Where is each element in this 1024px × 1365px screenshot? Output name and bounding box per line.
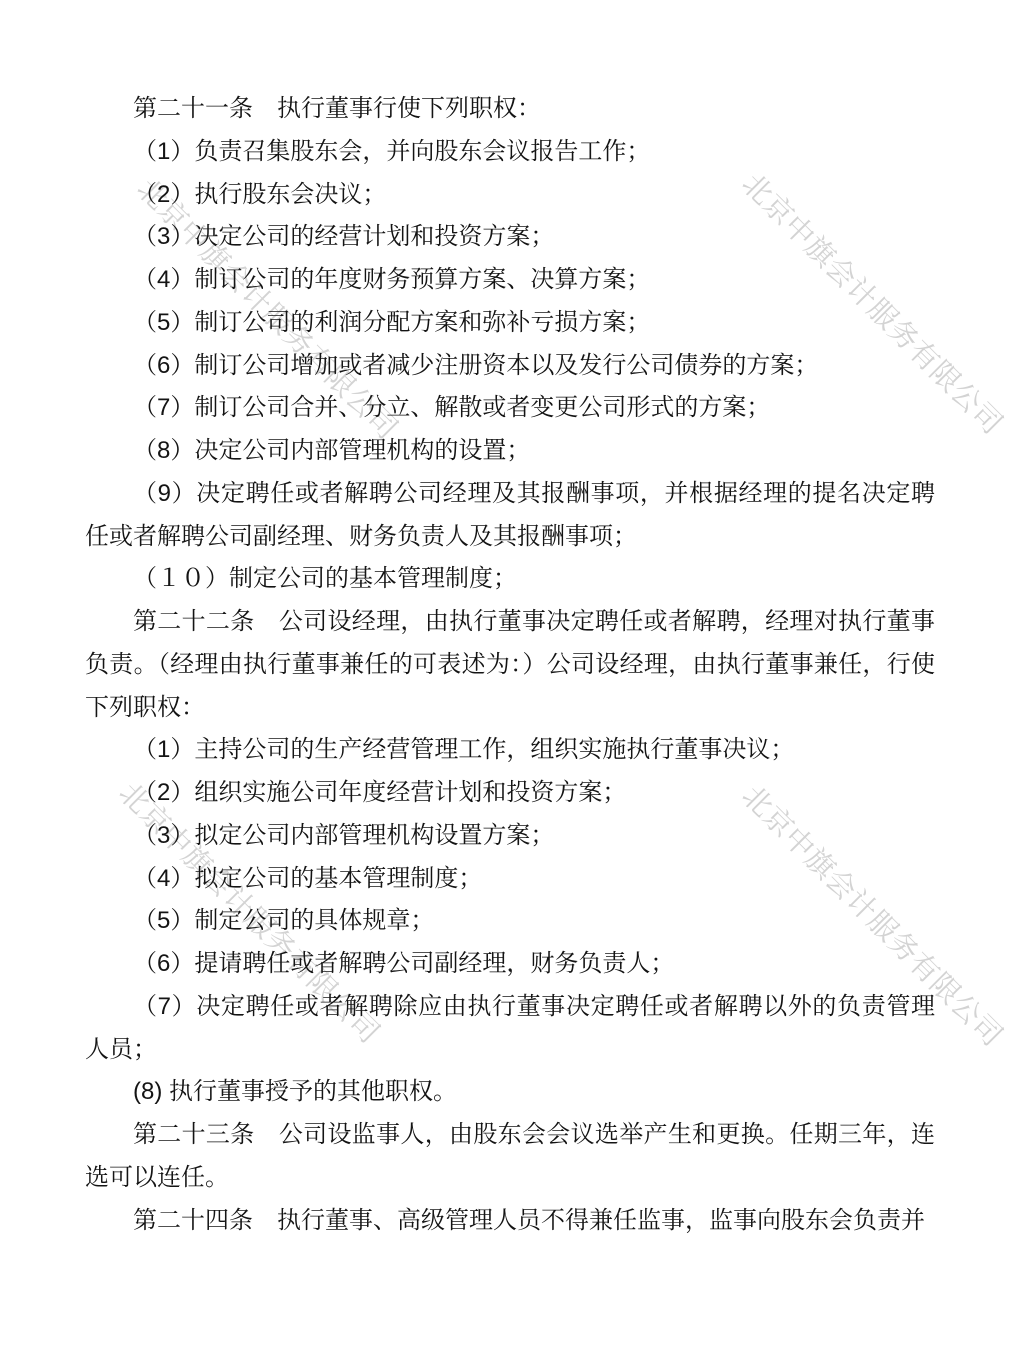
article-22-item-2: （2）组织实施公司年度经营计划和投资方案； — [85, 772, 935, 815]
article-22-item-4: （4）拟定公司的基本管理制度； — [85, 858, 935, 901]
article-21-item-9: （9）决定聘任或者解聘公司经理及其报酬事项，并根据经理的提名决定聘任或者解聘公司… — [85, 473, 935, 559]
article-24-paragraph: 第二十四条 执行董事、高级管理人员不得兼任监事，监事向股东会负责并 — [85, 1200, 935, 1243]
article-21-item-6: （6）制订公司增加或者减少注册资本以及发行公司债券的方案； — [85, 345, 935, 388]
article-21-item-2: （2）执行股东会决议； — [85, 174, 935, 217]
article-22-item-8: (8) 执行董事授予的其他职权。 — [85, 1071, 935, 1114]
article-21-item-5: （5）制订公司的利润分配方案和弥补亏损方案； — [85, 302, 935, 345]
article-21-item-7: （7）制订公司合并、分立、解散或者变更公司形式的方案； — [85, 387, 935, 430]
article-22-item-7: （7）决定聘任或者解聘除应由执行董事决定聘任或者解聘以外的负责管理人员； — [85, 986, 935, 1072]
article-21-item-4: （4）制订公司的年度财务预算方案、决算方案； — [85, 259, 935, 302]
article-21-item-3: （3）决定公司的经营计划和投资方案； — [85, 216, 935, 259]
article-22-item-6: （6）提请聘任或者解聘公司副经理，财务负责人； — [85, 943, 935, 986]
article-21-heading: 第二十一条 执行董事行使下列职权： — [85, 88, 935, 131]
article-21-item-8: （8）决定公司内部管理机构的设置； — [85, 430, 935, 473]
article-22-paragraph: 第二十二条 公司设经理，由执行董事决定聘任或者解聘，经理对执行董事负责。（经理由… — [85, 601, 935, 729]
article-22-item-3: （3）拟定公司内部管理机构设置方案； — [85, 815, 935, 858]
document-body: 第二十一条 执行董事行使下列职权： （1）负责召集股东会，并向股东会议报告工作；… — [85, 88, 935, 1242]
article-21-item-10: （１０）制定公司的基本管理制度； — [85, 558, 935, 601]
article-22-item-1: （1）主持公司的生产经营管理工作，组织实施执行董事决议； — [85, 729, 935, 772]
article-23-paragraph: 第二十三条 公司设监事人，由股东会会议选举产生和更换。任期三年，连选可以连任。 — [85, 1114, 935, 1200]
document-page: 北京中旗会计服务有限公司 北京中旗会计服务有限公司 北京中旗会计服务有限公司 北… — [0, 0, 1024, 1365]
article-21-item-1: （1）负责召集股东会，并向股东会议报告工作； — [85, 131, 935, 174]
article-22-item-5: （5）制定公司的具体规章； — [85, 900, 935, 943]
